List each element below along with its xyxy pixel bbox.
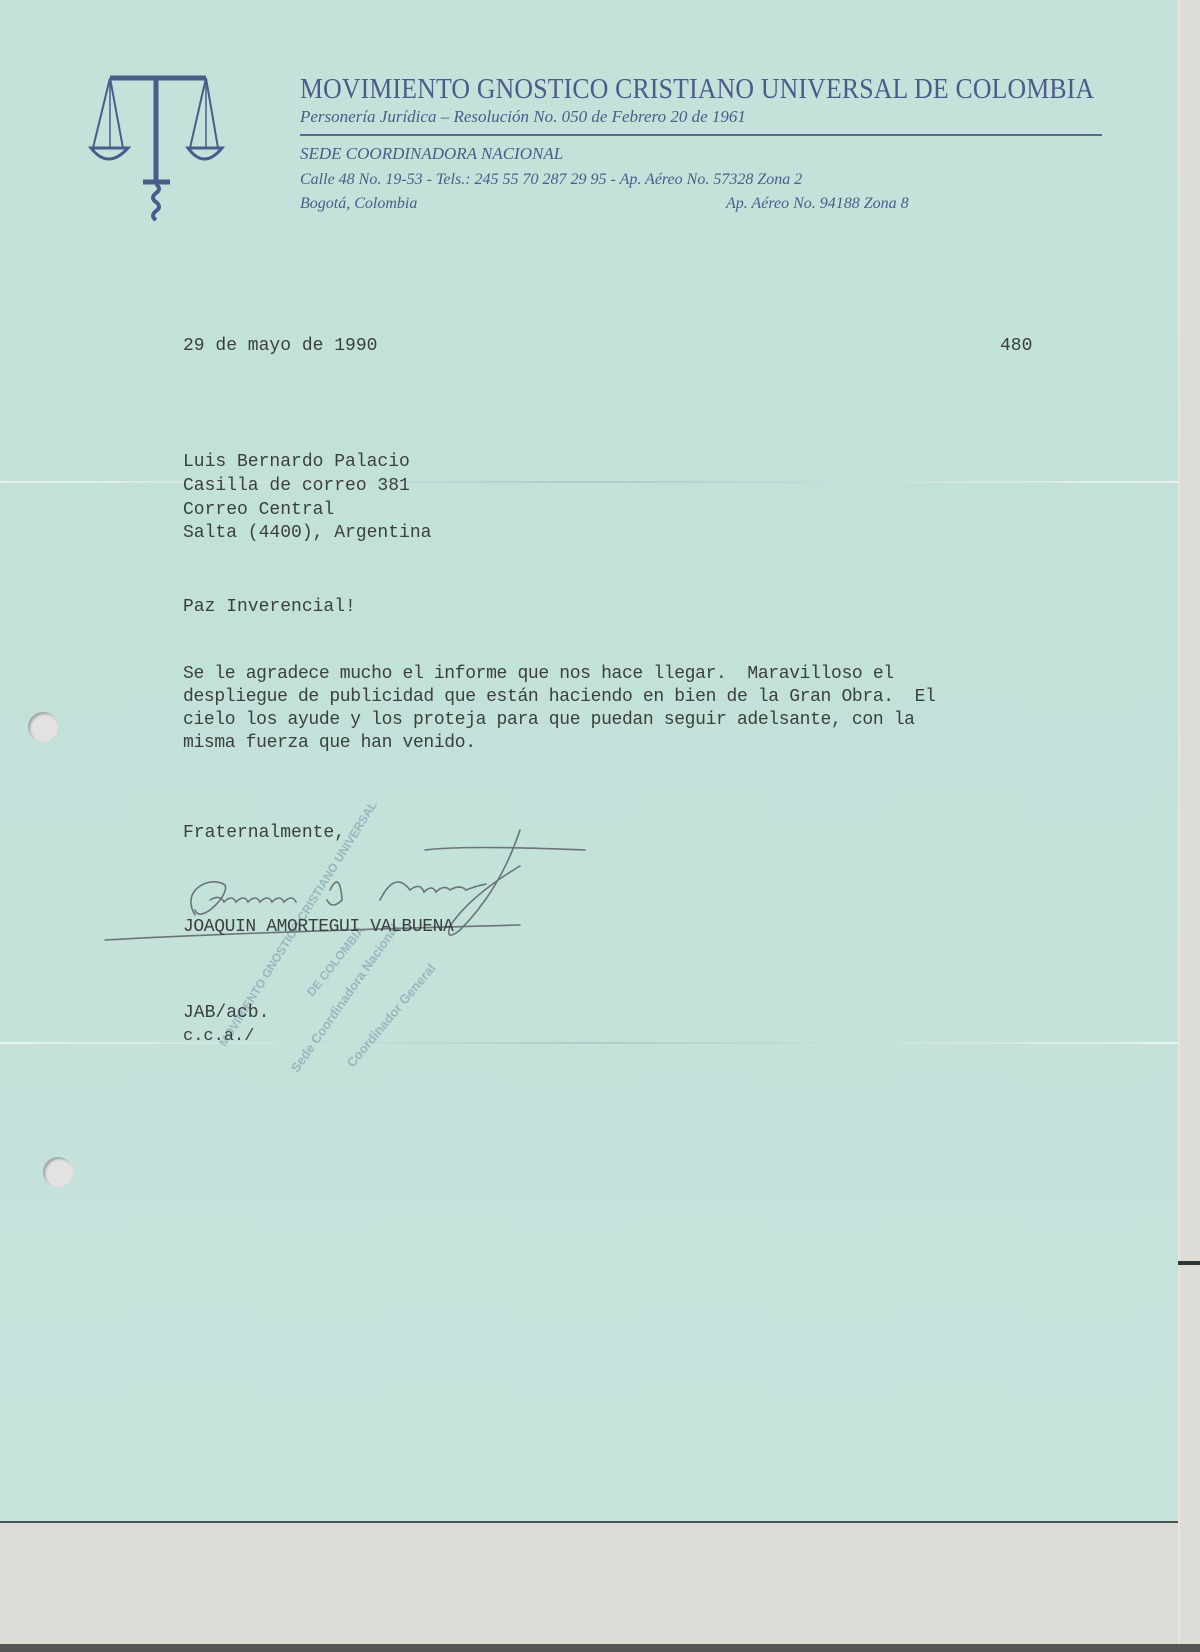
scan-bottom-edge <box>0 1644 1200 1652</box>
handwritten-signature <box>100 820 600 960</box>
scan-margin <box>1178 0 1200 1652</box>
reference-number: 480 <box>1000 336 1032 356</box>
salutation: Paz Inverencial! <box>183 597 356 617</box>
scan-edge-mark <box>1178 1261 1200 1265</box>
punch-hole <box>43 1157 73 1187</box>
office-city: Bogotá, Colombia <box>300 195 417 213</box>
typist-initials: JAB/acb. <box>183 1003 269 1023</box>
office-address: Calle 48 No. 19-53 - Tels.: 245 55 70 28… <box>300 171 802 189</box>
recipient-line: Luis Bernardo Palacio <box>183 452 410 472</box>
recipient-line: Correo Central <box>183 500 334 520</box>
legal-status: Personería Jurídica – Resolución No. 050… <box>300 107 746 127</box>
carbon-copy: c.c.a./ <box>183 1027 254 1046</box>
body-line: misma fuerza que han venido. <box>183 733 476 753</box>
signatory-name: JOAQUIN AMORTEGUI VALBUENA <box>183 917 453 937</box>
scales-of-justice-icon <box>88 70 228 230</box>
po-box-2: Ap. Aéreo No. 94188 Zona 8 <box>726 195 909 213</box>
recipient-line: Casilla de correo 381 <box>183 476 410 496</box>
letter-date: 29 de mayo de 1990 <box>183 336 377 356</box>
body-line: Se le agradece mucho el informe que nos … <box>183 664 894 684</box>
body-line: despliegue de publicidad que están hacie… <box>183 687 936 707</box>
recipient-line: Salta (4400), Argentina <box>183 523 431 543</box>
punch-hole <box>28 712 58 742</box>
letterhead-divider <box>300 134 1102 136</box>
fold-line <box>0 481 1178 483</box>
body-line: cielo los ayude y los proteja para que p… <box>183 710 915 730</box>
organization-name: MOVIMIENTO GNOSTICO CRISTIANO UNIVERSAL … <box>300 74 1094 106</box>
office-name: SEDE COORDINADORA NACIONAL <box>300 144 563 164</box>
fold-line <box>0 1042 1178 1044</box>
